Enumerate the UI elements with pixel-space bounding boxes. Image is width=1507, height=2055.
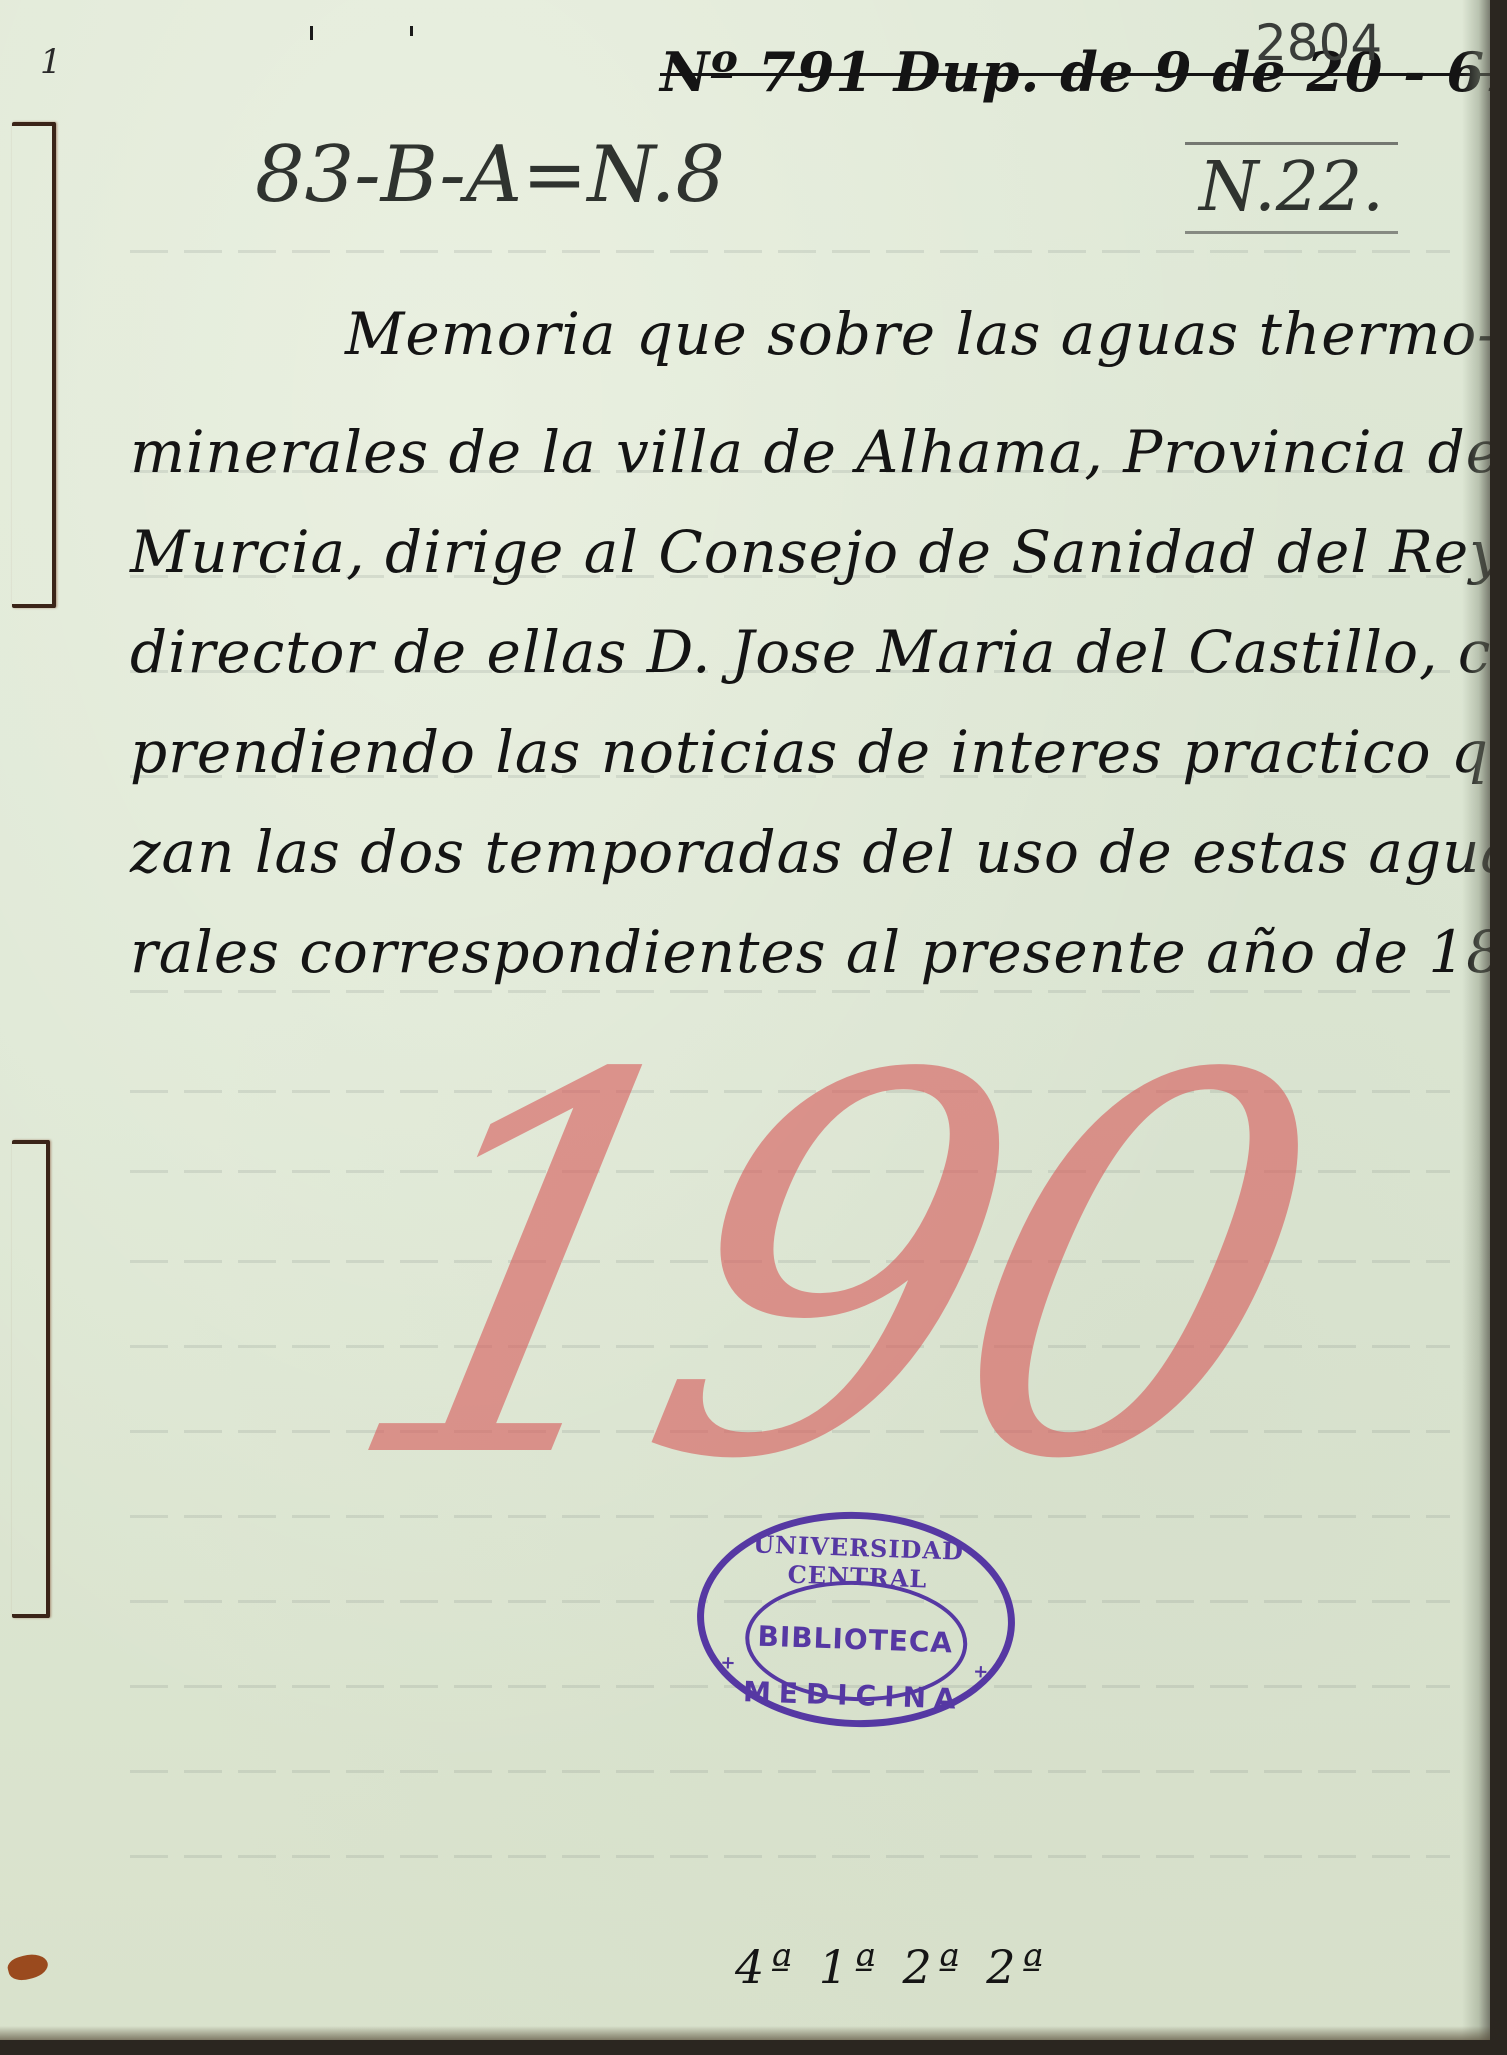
bleed-through-line xyxy=(130,250,1450,253)
binding-thread-bottom xyxy=(12,1140,50,1618)
corner-number: 2804 xyxy=(1255,14,1382,72)
title-line-4: director de ellas D. Jose Maria del Cast… xyxy=(130,618,1470,686)
library-stamp: UNIVERSIDAD CENTRAL BIBLIOTECA + + MEDIC… xyxy=(693,1507,1018,1733)
manuscript-page: 1 Nº 791 Dup. de 9 de 20 - 61 2804 83-B-… xyxy=(0,0,1490,2040)
stamp-ornament-left-icon: + xyxy=(720,1652,736,1674)
stamp-bottom-text: MEDICINA xyxy=(701,1674,1006,1718)
title-line-6: zan las dos temporadas del uso de estas … xyxy=(130,818,1470,886)
item-number: N.22. xyxy=(1185,142,1398,234)
ink-tick-mark xyxy=(310,26,313,40)
title-line-3: Murcia, dirige al Consejo de Sanidad del… xyxy=(130,518,1470,586)
folio-mark: 1 xyxy=(40,42,62,82)
bleed-through-line xyxy=(130,1855,1450,1858)
title-line-2: minerales de la villa de Alhama, Provinc… xyxy=(130,418,1470,486)
rust-stain xyxy=(6,1950,51,1984)
stamp-ornament-right-icon: + xyxy=(973,1661,989,1683)
shelf-mark: 83-B-A=N.8 xyxy=(255,130,725,220)
bleed-through-line xyxy=(130,1770,1450,1773)
title-line-1: Memoria que sobre las aguas thermo- xyxy=(345,300,1490,368)
page-right-edge xyxy=(1462,0,1490,2040)
ink-tick-mark xyxy=(410,26,413,36)
title-line-5: prendiendo las noticias de interes pract… xyxy=(130,718,1470,786)
red-pencil-numeral: 190 xyxy=(315,1010,1328,1530)
binding-thread-top xyxy=(12,122,56,608)
bottom-notation: 4ª 1ª 2ª 2ª xyxy=(735,1940,1049,1994)
page-bottom-edge xyxy=(0,2026,1490,2040)
